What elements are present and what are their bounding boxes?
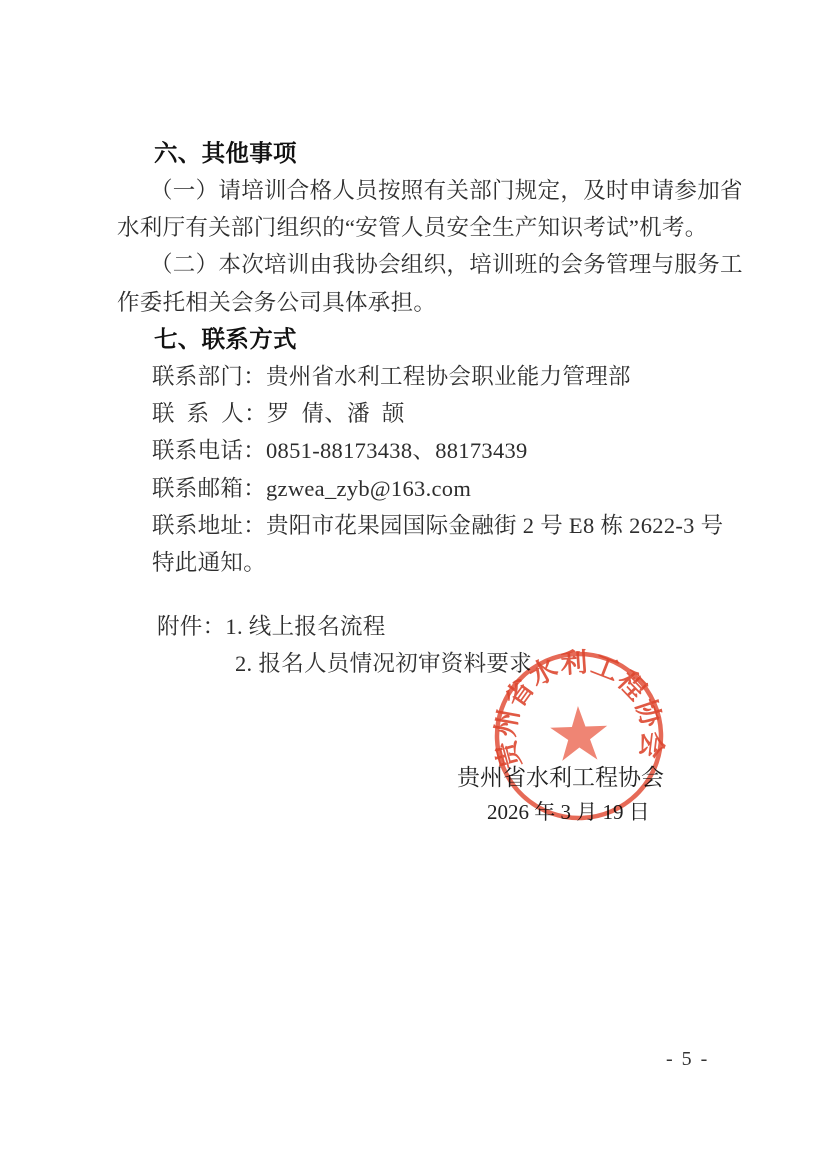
contact-phone-line: 联系电话：0851-88173438、88173439 bbox=[152, 432, 759, 469]
document-body: 六、其他事项 （一）请培训合格人员按照有关部门规定，及时申请参加省 水利厅有关部… bbox=[117, 134, 759, 682]
contact-person-line: 联 系 人：罗 倩、潘 颉 bbox=[152, 395, 759, 432]
document-page: 六、其他事项 （一）请培训合格人员按照有关部门规定，及时申请参加省 水利厅有关部… bbox=[0, 0, 820, 1160]
para2-line1: （二）本次培训由我协会组织，培训班的会务管理与服务工 bbox=[117, 246, 759, 283]
blank-gap bbox=[117, 581, 759, 608]
contact-address-line: 联系地址：贵阳市花果园国际金融街 2 号 E8 栋 2622-3 号 bbox=[152, 507, 759, 544]
page-number: - 5 - bbox=[666, 1047, 709, 1071]
para1-line1: （一）请培训合格人员按照有关部门规定，及时申请参加省 bbox=[117, 172, 759, 209]
notice-closing-line: 特此通知。 bbox=[152, 544, 759, 581]
section-7-heading: 七、联系方式 bbox=[154, 321, 759, 358]
official-seal: 贵州省水利工程协会 bbox=[488, 645, 670, 827]
section-6-heading: 六、其他事项 bbox=[154, 134, 759, 172]
contact-department-line: 联系部门：贵州省水利工程协会职业能力管理部 bbox=[152, 358, 759, 395]
attachment-line-1: 附件：1. 线上报名流程 bbox=[157, 608, 759, 645]
contact-email-line: 联系邮箱：gzwea_zyb@163.com bbox=[152, 470, 759, 507]
star-icon bbox=[549, 705, 608, 761]
para2-line2: 作委托相关会务公司具体承担。 bbox=[117, 284, 759, 321]
para1-line2: 水利厅有关部门组织的“安管人员安全生产知识考试”机考。 bbox=[117, 209, 759, 246]
